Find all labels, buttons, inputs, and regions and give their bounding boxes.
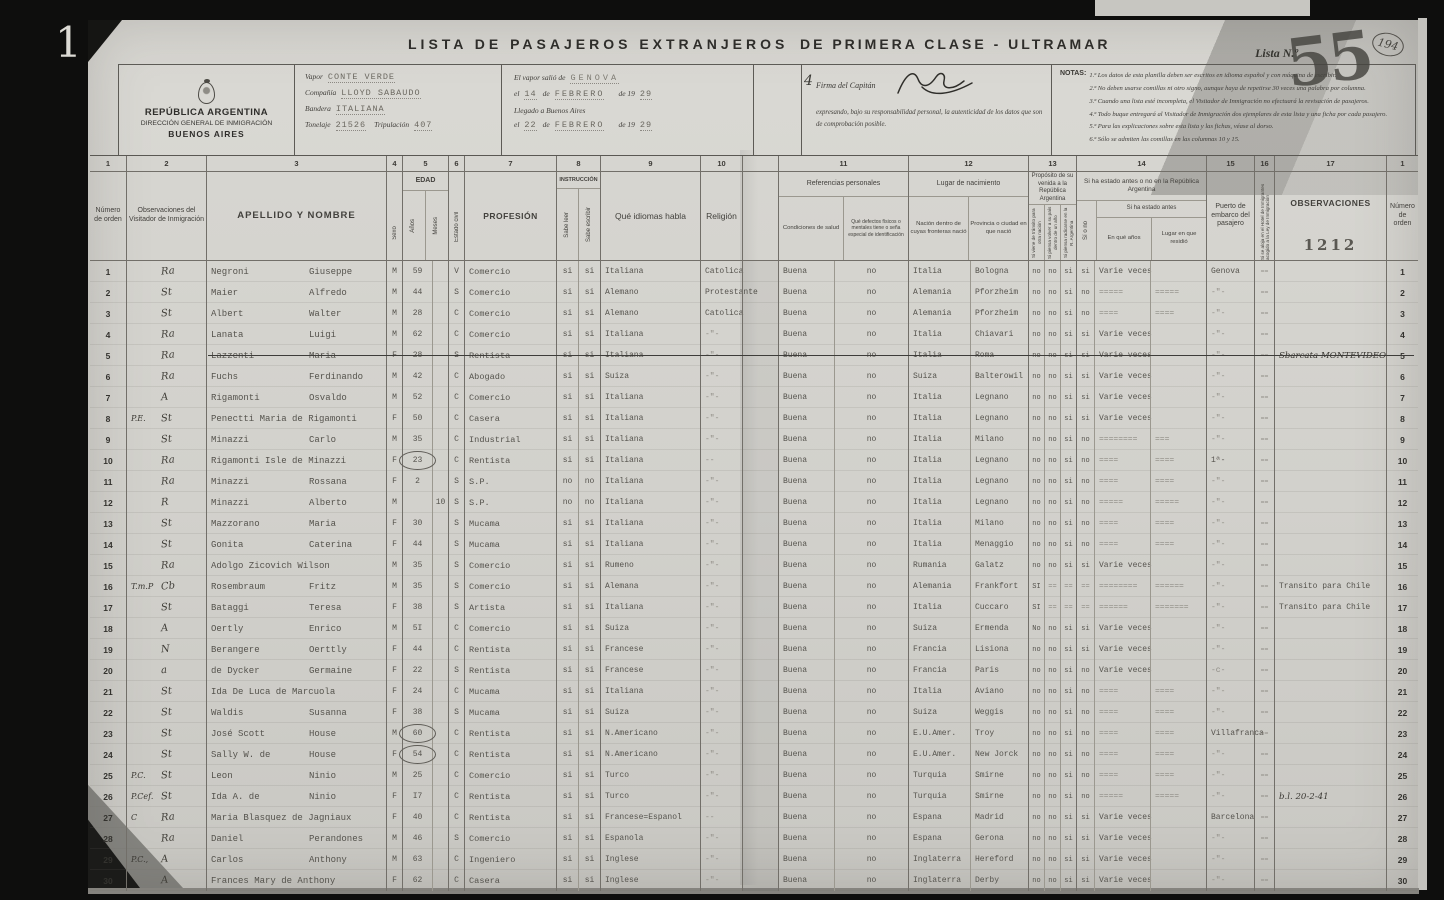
cell-purpose-3: si <box>1060 618 1076 639</box>
cell-civil-status: S <box>448 576 464 597</box>
cell-purpose-3: si <box>1060 849 1076 870</box>
cell-hotel-inmigrantes: == <box>1254 807 1274 828</box>
surname: Maier <box>211 288 309 298</box>
cell-religion: -"- <box>700 597 742 618</box>
cell-which-years: Varie veces <box>1094 849 1150 870</box>
table-row: 27 CRa Maria Blasquez de Jagniaux F 40 C… <box>90 807 1418 828</box>
cell-defects: no <box>834 597 908 618</box>
table-row: 24 St Sally W. deHouse F 54 C Rentista s… <box>90 744 1418 765</box>
cell-observations <box>1274 324 1386 345</box>
cell-hotel-inmigrantes: == <box>1254 681 1274 702</box>
cell-place-resided <box>1150 555 1206 576</box>
cell-health: Buena <box>778 408 834 429</box>
cell-embark-port: -"- <box>1206 429 1254 450</box>
cell-age-years: 30 <box>402 513 432 534</box>
nota-3: 3.ª Cuando una lista esté incompleta, el… <box>1089 96 1387 109</box>
cell-which-years: ==== <box>1094 723 1150 744</box>
cell-been-before: no <box>1076 702 1094 723</box>
visitador-initials: A <box>161 854 169 866</box>
cell-sex: F <box>386 513 402 534</box>
cell-purpose-3: si <box>1060 387 1076 408</box>
cell-which-years: ==== <box>1094 513 1150 534</box>
cell-order-number: 18 <box>90 618 126 639</box>
cell-order-number-right: 10 <box>1386 450 1418 471</box>
cell-order-number-right: 2 <box>1386 282 1418 303</box>
cell-purpose-3: si <box>1060 765 1076 786</box>
colnum-13: 13 <box>1028 156 1076 171</box>
table-row: 10 Ra Rigamonti Isle de Minazzi F 23 C R… <box>90 450 1418 471</box>
cell-embark-port: 1ª- <box>1206 450 1254 471</box>
cell-age-years: 59 <box>402 261 432 282</box>
cell-birth-city: Ermenda <box>970 618 1028 639</box>
cell-purpose-3: si <box>1060 345 1076 366</box>
cell-observations <box>1274 849 1386 870</box>
cell-civil-status: S <box>448 513 464 534</box>
cell-writes: si <box>578 597 600 618</box>
cell-hotel-inmigrantes: == <box>1254 471 1274 492</box>
cell-observations <box>1274 828 1386 849</box>
cell-religion: -"- <box>700 513 742 534</box>
cell-language: Suiza <box>600 618 700 639</box>
cell-age-months <box>432 807 448 828</box>
cell-religion: -"- <box>700 492 742 513</box>
cell-sex: M <box>386 618 402 639</box>
surname: Oertly <box>211 624 309 634</box>
cell-religion: -"- <box>700 534 742 555</box>
cell-which-years: Varie veces <box>1094 408 1150 429</box>
cell-purpose-3: si <box>1060 744 1076 765</box>
given-name: House <box>309 729 336 739</box>
cell-civil-status: C <box>448 744 464 765</box>
cell-sex: F <box>386 597 402 618</box>
cell-civil-status: C <box>448 765 464 786</box>
cell-age-years: 40 <box>402 807 432 828</box>
cell-language: Italiana <box>600 597 700 618</box>
cell-order-number-right: 25 <box>1386 765 1418 786</box>
salida-day: 14 <box>524 89 536 100</box>
cell-hotel-inmigrantes: == <box>1254 450 1274 471</box>
cell-birth-nation: E.U.Amer. <box>908 723 970 744</box>
cell-purpose-2: no <box>1044 471 1060 492</box>
cell-health: Buena <box>778 555 834 576</box>
cell-visitador-observations: a <box>126 660 206 681</box>
cell-civil-status: S <box>448 492 464 513</box>
cell-name: OertlyEnrico <box>206 618 386 639</box>
cell-sex: F <box>386 807 402 828</box>
cell-visitador-observations: Ra <box>126 555 206 576</box>
cell-birth-city: Legnano <box>970 492 1028 513</box>
colnum-14: 14 <box>1076 156 1206 171</box>
cell-hotel-inmigrantes: == <box>1254 324 1274 345</box>
ship-box: VaporCONTE VERDE CompañíaLLOYD SABAUDO B… <box>295 65 502 155</box>
cell-birth-nation: Italia <box>908 387 970 408</box>
cell-observations <box>1274 702 1386 723</box>
cell-observations <box>1274 408 1386 429</box>
cell-language: Italiana <box>600 387 700 408</box>
cell-order-number: 29 <box>90 849 126 870</box>
cell-health: Buena <box>778 513 834 534</box>
cell-health: Buena <box>778 849 834 870</box>
cell-civil-status: S <box>448 702 464 723</box>
table-row: 1 Ra NegroniGiuseppe M 59 V Comercio si … <box>90 261 1418 282</box>
cell-embark-port: -"- <box>1206 387 1254 408</box>
cell-order-number-right: 11 <box>1386 471 1418 492</box>
cell-place-resided <box>1150 849 1206 870</box>
cell-purpose-2: no <box>1044 870 1060 891</box>
given-name: Osvaldo <box>309 393 347 403</box>
colnum-12: 12 <box>908 156 1028 171</box>
cell-age-years: 25 <box>402 765 432 786</box>
cell-health: Buena <box>778 387 834 408</box>
cell-reads: si <box>556 870 578 891</box>
cell-defects: no <box>834 639 908 660</box>
cell-observations <box>1274 261 1386 282</box>
cell-order-number: 9 <box>90 429 126 450</box>
table-row: 30 A Frances Mary de Anthony F 62 C Case… <box>90 870 1418 891</box>
table-row: 8 P.E.St Penectti Maria de Rigamonti F 5… <box>90 408 1418 429</box>
cell-age-years: 24 <box>402 681 432 702</box>
cell-name: DanielPerandones <box>206 828 386 849</box>
cell-civil-status: C <box>448 849 464 870</box>
cell-civil-status: S <box>448 471 464 492</box>
cell-writes: si <box>578 324 600 345</box>
cell-visitador-observations: St <box>126 282 206 303</box>
cell-defects: no <box>834 786 908 807</box>
cell-writes: si <box>578 303 600 324</box>
cell-profession: Ingeniero <box>464 849 556 870</box>
cell-religion: -"- <box>700 555 742 576</box>
cell-birth-city: Gerona <box>970 828 1028 849</box>
cell-order-number-right: 27 <box>1386 807 1418 828</box>
cell-embark-port: -"- <box>1206 744 1254 765</box>
cell-embark-port: -"- <box>1206 555 1254 576</box>
cell-writes: si <box>578 870 600 891</box>
cell-age-months <box>432 408 448 429</box>
cell-age-years: 46 <box>402 828 432 849</box>
cell-visitador-observations: Ra <box>126 345 206 366</box>
cell-profession: Comercio <box>464 387 556 408</box>
cell-birth-city: New Jorck <box>970 744 1028 765</box>
cell-hotel-inmigrantes: == <box>1254 576 1274 597</box>
header-reads: Sabe leer <box>564 212 572 238</box>
cell-writes: si <box>578 807 600 828</box>
cell-sex: M <box>386 429 402 450</box>
cell-which-years: Varie veces <box>1094 324 1150 345</box>
cell-language: Turco <box>600 786 700 807</box>
visitador-initials: St <box>161 770 173 782</box>
cell-been-before: si <box>1076 261 1094 282</box>
cell-birth-city: Legnano <box>970 387 1028 408</box>
cell-which-years: ====== <box>1094 597 1150 618</box>
cell-hotel-inmigrantes: == <box>1254 408 1274 429</box>
cell-hotel-inmigrantes: == <box>1254 870 1274 891</box>
cell-embark-port: -"- <box>1206 513 1254 534</box>
cell-which-years: Varie veces <box>1094 639 1150 660</box>
cell-defects: no <box>834 681 908 702</box>
given-name: Germaine <box>309 666 352 676</box>
cell-age-years: 62 <box>402 324 432 345</box>
cell-age-months <box>432 660 448 681</box>
cell-purpose-3: si <box>1060 681 1076 702</box>
cell-writes: si <box>578 702 600 723</box>
surname: Lazzenti <box>211 351 309 361</box>
de19-label: de 19 <box>618 89 634 98</box>
cell-civil-status: C <box>448 429 464 450</box>
cell-purpose-2: no <box>1044 723 1060 744</box>
header-been-before-sub: Si ha estado antes <box>1097 201 1206 217</box>
cell-birth-nation: Italia <box>908 324 970 345</box>
cell-sex: F <box>386 534 402 555</box>
cell-name: RigamontiOsvaldo <box>206 387 386 408</box>
given-name: Alberto <box>309 498 347 508</box>
cell-sex: F <box>386 471 402 492</box>
cell-reads: no <box>556 492 578 513</box>
visitador-initials: Ra <box>161 559 176 571</box>
cell-purpose-2: no <box>1044 345 1060 366</box>
surname: Mazzorano <box>211 519 309 529</box>
cell-which-years: ======== <box>1094 429 1150 450</box>
cell-sex: F <box>386 681 402 702</box>
cell-purpose-3: si <box>1060 513 1076 534</box>
surname: Minazzi <box>211 477 309 487</box>
cell-sex: M <box>386 765 402 786</box>
cell-age-months <box>432 849 448 870</box>
de-label-2: de <box>543 120 550 129</box>
cell-which-years: ==== <box>1094 765 1150 786</box>
header-which-years: En qué años <box>1097 218 1151 260</box>
given-name: Enrico <box>309 624 341 634</box>
cell-religion: -"- <box>700 576 742 597</box>
visitador-initials: St <box>161 434 173 446</box>
fold-gap-box <box>754 65 802 155</box>
cell-hotel-inmigrantes: == <box>1254 597 1274 618</box>
cell-order-number-right: 28 <box>1386 828 1418 849</box>
cell-been-before: si <box>1076 639 1094 660</box>
table-row: 20 a de DyckerGermaine F 22 S Rentista s… <box>90 660 1418 681</box>
cell-order-number: 14 <box>90 534 126 555</box>
given-name: Alfredo <box>309 288 347 298</box>
table-row: 11 Ra MinazziRossana F 2 S S.P. no no It… <box>90 471 1418 492</box>
cell-language: Italiana <box>600 345 700 366</box>
cell-reads: si <box>556 786 578 807</box>
cell-language: Turco <box>600 765 700 786</box>
cell-fold-spacer <box>742 702 778 723</box>
cell-defects: no <box>834 282 908 303</box>
cell-hotel-inmigrantes: == <box>1254 639 1274 660</box>
cell-purpose-1: no <box>1028 345 1044 366</box>
header-fold-spacer <box>742 172 778 260</box>
cell-been-before: si <box>1076 828 1094 849</box>
cell-order-number-right: 24 <box>1386 744 1418 765</box>
cell-place-resided: ==== <box>1150 513 1206 534</box>
cell-order-number: 17 <box>90 597 126 618</box>
cell-sex: F <box>386 786 402 807</box>
cell-purpose-1: no <box>1028 429 1044 450</box>
surname: Negroni <box>211 267 309 277</box>
cell-which-years: Varie veces <box>1094 618 1150 639</box>
cell-birth-city: Chiavari <box>970 324 1028 345</box>
cell-sex: F <box>386 639 402 660</box>
visitador-annotation: P.Cef. <box>131 792 157 801</box>
cell-name: AlbertWalter <box>206 303 386 324</box>
cell-visitador-observations: T.m.PCb <box>126 576 206 597</box>
cell-sex: M <box>386 282 402 303</box>
cell-defects: no <box>834 702 908 723</box>
cell-which-years: ==== <box>1094 744 1150 765</box>
cell-civil-status: C <box>448 303 464 324</box>
cell-order-number: 11 <box>90 471 126 492</box>
cell-birth-nation: Alemania <box>908 303 970 324</box>
cell-birth-city: Galatz <box>970 555 1028 576</box>
given-name: Teresa <box>309 603 341 613</box>
cell-purpose-3: si <box>1060 408 1076 429</box>
cell-birth-nation: Italia <box>908 681 970 702</box>
cell-reads: si <box>556 744 578 765</box>
cell-religion: -"- <box>700 870 742 891</box>
cell-purpose-1: no <box>1028 744 1044 765</box>
cell-profession: Comercio <box>464 765 556 786</box>
cell-birth-nation: Italia <box>908 492 970 513</box>
given-name: Perandones <box>309 834 363 844</box>
cell-which-years: ===== <box>1094 492 1150 513</box>
cell-embark-port: -"- <box>1206 702 1254 723</box>
cell-profession: Rentista <box>464 807 556 828</box>
cell-religion: -"- <box>700 471 742 492</box>
cell-civil-status: S <box>448 597 464 618</box>
cell-purpose-3: si <box>1060 261 1076 282</box>
cell-which-years: ==== <box>1094 681 1150 702</box>
cell-age-years: 28 <box>402 345 432 366</box>
cell-embark-port: -"- <box>1206 786 1254 807</box>
cell-place-resided <box>1150 408 1206 429</box>
cell-age-months <box>432 324 448 345</box>
colnum-6: 6 <box>448 156 464 171</box>
cell-defects: no <box>834 618 908 639</box>
cell-purpose-2: no <box>1044 450 1060 471</box>
surname: Minazzi <box>211 435 309 445</box>
cell-health: Buena <box>778 597 834 618</box>
cell-birth-nation: Italia <box>908 471 970 492</box>
cell-purpose-1: no <box>1028 450 1044 471</box>
cell-profession: Comercio <box>464 555 556 576</box>
cell-language: Italiana <box>600 681 700 702</box>
nota-6: 6.ª Sólo se admiten las comillas en las … <box>1089 134 1387 147</box>
cell-defects: no <box>834 366 908 387</box>
cell-purpose-2: no <box>1044 366 1060 387</box>
cell-religion: -"- <box>700 639 742 660</box>
cell-health: Buena <box>778 870 834 891</box>
cell-purpose-1: no <box>1028 639 1044 660</box>
header-personal-references: Referencias personales Condiciones de sa… <box>778 172 908 260</box>
visitador-initials: N <box>161 644 171 656</box>
colnum-10: 10 <box>700 156 742 171</box>
cell-writes: si <box>578 366 600 387</box>
cell-defects: no <box>834 387 908 408</box>
cell-fold-spacer <box>742 870 778 891</box>
cell-birth-city: Aviano <box>970 681 1028 702</box>
cell-birth-city: Weggis <box>970 702 1028 723</box>
cell-order-number: 13 <box>90 513 126 534</box>
cell-observations: Transito para Chile <box>1274 597 1386 618</box>
cell-been-before: no <box>1076 471 1094 492</box>
cell-language: Alemana <box>600 576 700 597</box>
cell-hotel-inmigrantes: == <box>1254 492 1274 513</box>
cell-purpose-1: no <box>1028 786 1044 807</box>
visitador-initials: A <box>161 623 169 635</box>
cell-name: RosembraumFritz <box>206 576 386 597</box>
given-name: Ninio <box>309 792 336 802</box>
cell-writes: si <box>578 744 600 765</box>
cell-writes: si <box>578 786 600 807</box>
cell-birth-nation: Espana <box>908 828 970 849</box>
tripulacion-label: Tripulación <box>374 120 409 129</box>
cell-which-years: Varie veces <box>1094 807 1150 828</box>
cell-health: Buena <box>778 282 834 303</box>
cell-defects: no <box>834 429 908 450</box>
table-row: 17 St BataggiTeresa F 38 S Artista si si… <box>90 597 1418 618</box>
cell-age-years: 23 <box>402 450 432 471</box>
cell-purpose-2: no <box>1044 429 1060 450</box>
cell-writes: si <box>578 387 600 408</box>
cell-age-years <box>402 492 432 513</box>
cell-observations <box>1274 870 1386 891</box>
cell-embark-port: -"- <box>1206 408 1254 429</box>
cell-embark-port: Genova <box>1206 261 1254 282</box>
cell-civil-status: C <box>448 408 464 429</box>
cell-birth-city: Derby <box>970 870 1028 891</box>
el-label-2: el <box>514 120 519 129</box>
cell-been-before: no <box>1076 492 1094 513</box>
cell-religion: -"- <box>700 366 742 387</box>
visitador-initials: Ra <box>161 832 176 844</box>
colnum-9: 9 <box>600 156 700 171</box>
cell-place-resided: ==== <box>1150 450 1206 471</box>
handwritten-mark: 4 <box>804 73 813 89</box>
cell-fold-spacer <box>742 555 778 576</box>
cell-age-months <box>432 618 448 639</box>
cell-age-years: 63 <box>402 849 432 870</box>
cell-profession: Mucama <box>464 702 556 723</box>
cell-defects: no <box>834 807 908 828</box>
cell-language: N.Americano <box>600 723 700 744</box>
cell-language: N.Americano <box>600 744 700 765</box>
cell-fold-spacer <box>742 261 778 282</box>
cell-place-resided: ======= <box>1150 597 1206 618</box>
cell-visitador-observations: CRa <box>126 807 206 828</box>
cell-order-number: 4 <box>90 324 126 345</box>
cell-order-number-right: 15 <box>1386 555 1418 576</box>
surname: José Scott <box>211 729 309 739</box>
cell-civil-status: S <box>448 282 464 303</box>
header-birth-nation: Nación dentro de cuyas fronteras nació <box>909 197 968 260</box>
cell-purpose-2: no <box>1044 639 1060 660</box>
cell-health: Buena <box>778 618 834 639</box>
cell-been-before: si <box>1076 345 1094 366</box>
cell-been-before: no <box>1076 429 1094 450</box>
cell-purpose-1: no <box>1028 723 1044 744</box>
visitador-initials: St <box>161 686 173 698</box>
cell-order-number-right: 22 <box>1386 702 1418 723</box>
cell-profession: Mucama <box>464 513 556 534</box>
document-subtitle: DE PRIMERA CLASE - ULTRAMAR <box>800 36 1110 52</box>
cell-purpose-3: si <box>1060 807 1076 828</box>
visitador-initials: St <box>161 287 173 299</box>
cell-fold-spacer <box>742 723 778 744</box>
cell-place-resided <box>1150 807 1206 828</box>
cell-fold-spacer <box>742 471 778 492</box>
cell-visitador-observations: P.Cef.St <box>126 786 206 807</box>
cell-name: MaierAlfredo <box>206 282 386 303</box>
